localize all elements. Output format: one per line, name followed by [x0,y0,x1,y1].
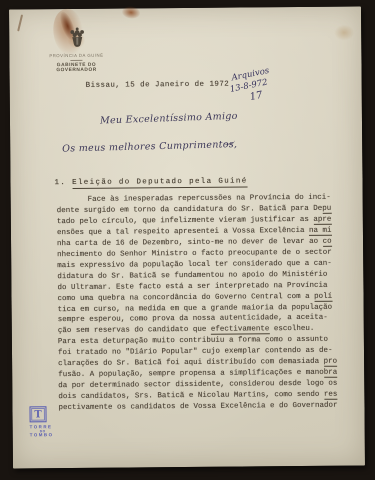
body-paragraph: Face às inesperadas repercussões na Prov… [57,193,337,414]
dateline: Bissau, 15 de Janeiro de 1972 [86,81,230,90]
heading-title: Eleição do Deputado pela Guiné [72,177,248,188]
province-name: PROVÍNCIA DA GUINÉ [36,53,116,59]
archive-note-handwriting: Arquivos 13-8-972 17 [231,66,275,106]
rust-stain [121,5,140,19]
stamp-letter: T [34,409,41,420]
tan-stain [334,25,354,41]
section-heading: 1. Eleição do Deputado pela Guiné [54,177,247,187]
stamp-box: T [29,406,46,422]
salutation-handwriting: Meu Excelentíssimo Amigo [100,111,238,127]
stamp-name-bottom: TOMBO [30,432,56,438]
paper: PROVÍNCIA DA GUINÉ GABINETE DO GOVERNADO… [9,6,365,468]
office-name: GABINETE DO GOVERNADOR [36,63,116,74]
heading-number: 1. [54,179,66,187]
scratch-mark [17,14,23,31]
letterhead-rule [70,60,82,61]
compliments-handwriting: Os meus melhores Cumprimentos, [62,139,237,155]
coat-of-arms-icon [68,26,86,50]
scan-background: PROVÍNCIA DA GUINÉ GABINETE DO GOVERNADO… [0,0,375,480]
body-line: pectivamente os candidatos de Vossa Exce… [58,401,336,414]
archive-stamp: T TORRE DO TOMBO [29,406,55,437]
